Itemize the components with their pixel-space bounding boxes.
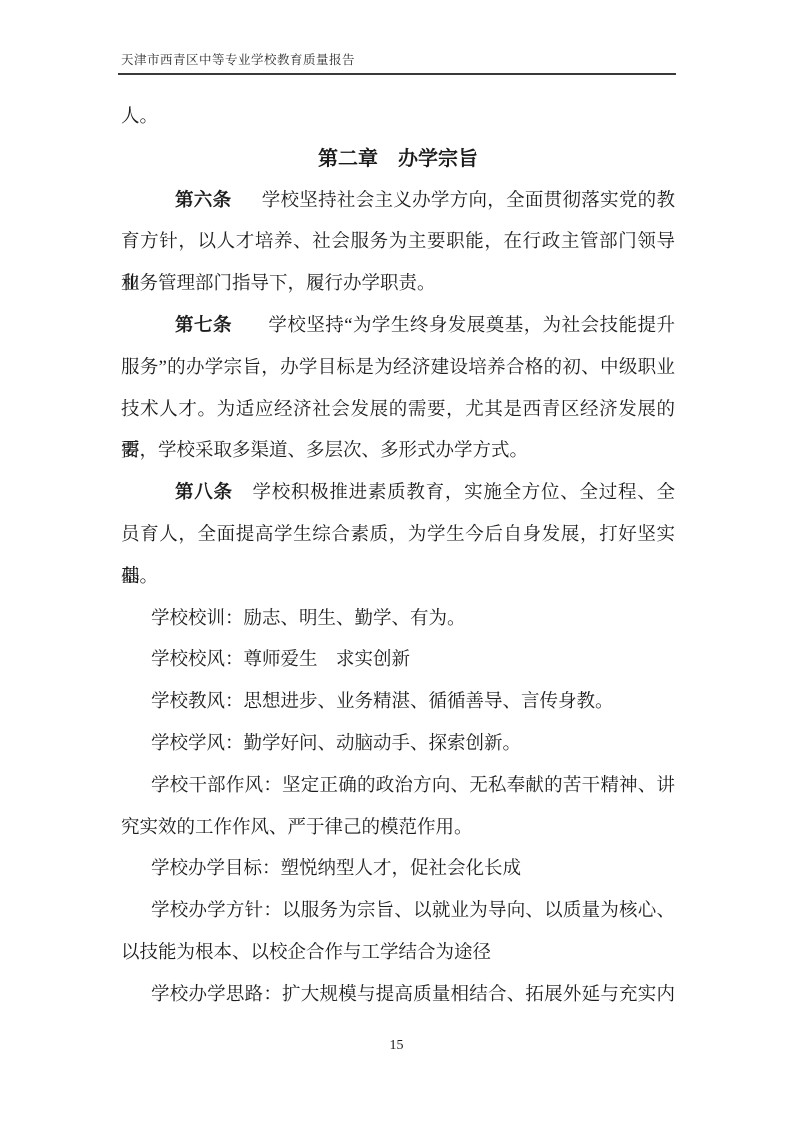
article-line: 要，学校采取多渠道、多层次、多形式办学方式。: [121, 431, 675, 473]
article-line: 服务”的办学宗旨，办学目标是为经济建设培养合格的初、中级职业: [121, 348, 675, 390]
page-header: 天津市西青区中等专业学校教育质量报告: [118, 52, 676, 75]
paragraph-continuation-line: 人。: [121, 97, 675, 139]
motto-line: 学校办学思路：扩大规模与提高质量相结合、拓展外延与充实内: [121, 975, 675, 1017]
label-gap: [233, 497, 252, 498]
article-line: 育方针，以人才培养、社会服务为主要职能，在行政主管部门领导和: [121, 222, 675, 264]
article-text: 学校积极推进素质教育，实施全方位、全过程、全: [252, 483, 675, 503]
motto-line: 学校干部作风：坚定正确的政治方向、无私奉献的苦干精神、讲: [121, 766, 675, 808]
article-label: 第八条: [175, 483, 233, 503]
motto-line: 学校校风：尊师爱生 求实创新: [121, 640, 675, 682]
article-line: 第七条学校坚持“为学生终身发展奠基，为社会技能提升: [121, 306, 675, 348]
header-title: 天津市西青区中等专业学校教育质量报告: [118, 52, 676, 68]
motto-line: 学校校训：励志、明生、勤学、有为。: [121, 599, 675, 641]
motto-line: 究实效的工作作风、严于律己的模范作用。: [121, 808, 675, 850]
label-gap: [232, 330, 268, 331]
article-label: 第七条: [175, 316, 232, 336]
page-number: 15: [0, 1037, 793, 1055]
article-line: 第六条学校坚持社会主义办学方向，全面贯彻落实党的教: [121, 181, 675, 223]
motto-line: 学校办学方针：以服务为宗旨、以就业为导向、以质量为核心、: [121, 891, 675, 933]
article-text: 学校坚持“为学生终身发展奠基，为社会技能提升: [268, 316, 675, 336]
motto-line: 以技能为根本、以校企合作与工学结合为途径: [121, 933, 675, 975]
motto-line: 学校办学目标：塑悦纳型人才，促社会化长成: [121, 849, 675, 891]
header-rule: [118, 73, 676, 75]
article-line: 第八条学校积极推进素质教育，实施全方位、全过程、全: [121, 473, 675, 515]
motto-line: 学校教风：思想进步、业务精湛、循循善导、言传身教。: [121, 682, 675, 724]
chapter-heading: 第二章 办学宗旨: [121, 139, 675, 181]
document-page: 天津市西青区中等专业学校教育质量报告 人。 第二章 办学宗旨 第六条学校坚持社会…: [0, 0, 793, 1122]
label-gap: [231, 205, 261, 206]
motto-line: 学校学风：勤学好问、动脑动手、探索创新。: [121, 724, 675, 766]
article-line: 础。: [121, 557, 675, 599]
page-footer: 15: [0, 1037, 793, 1055]
document-body: 人。 第二章 办学宗旨 第六条学校坚持社会主义办学方向，全面贯彻落实党的教 育方…: [121, 97, 675, 1017]
article-line: 技术人才。为适应经济社会发展的需要，尤其是西青区经济发展的需: [121, 390, 675, 432]
article-label: 第六条: [175, 191, 231, 211]
article-text: 学校坚持社会主义办学方向，全面贯彻落实党的教: [261, 191, 675, 211]
article-line: 员育人，全面提高学生综合素质，为学生今后自身发展，打好坚实基: [121, 515, 675, 557]
article-line: 业务管理部门指导下，履行办学职责。: [121, 264, 675, 306]
